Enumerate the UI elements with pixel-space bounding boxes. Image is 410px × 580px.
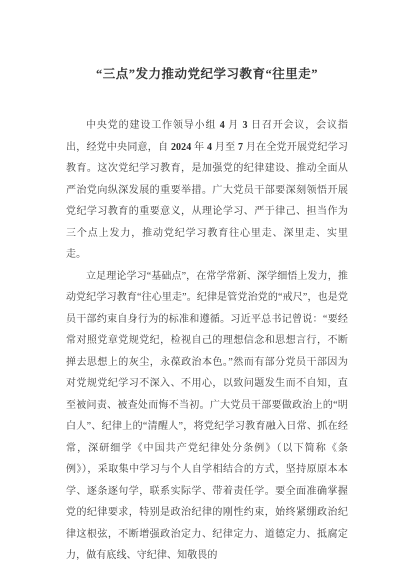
page-title: “三点”发力推动党纪学习教育“往里走” (66, 66, 348, 82)
number-text: 3 (242, 120, 247, 131)
paragraph: 中央党的建设工作领导小组 4 月 3 日召开会议，会议指出，经党中央同意，自 2… (66, 115, 348, 266)
number-text: 7 (238, 142, 243, 153)
number-text: 2024 (171, 142, 191, 153)
number-text: 4 (220, 120, 225, 131)
paragraph: 立足理论学习“基础点”，在常学常新、深学细悟上发力，推动党纪学习教育“往心里走”… (66, 266, 348, 567)
number-text: 4 (207, 142, 212, 153)
document-body: 中央党的建设工作领导小组 4 月 3 日召开会议，会议指出，经党中央同意，自 2… (66, 115, 348, 567)
document-page: “三点”发力推动党纪学习教育“往里走” 中央党的建设工作领导小组 4 月 3 日… (0, 0, 410, 580)
